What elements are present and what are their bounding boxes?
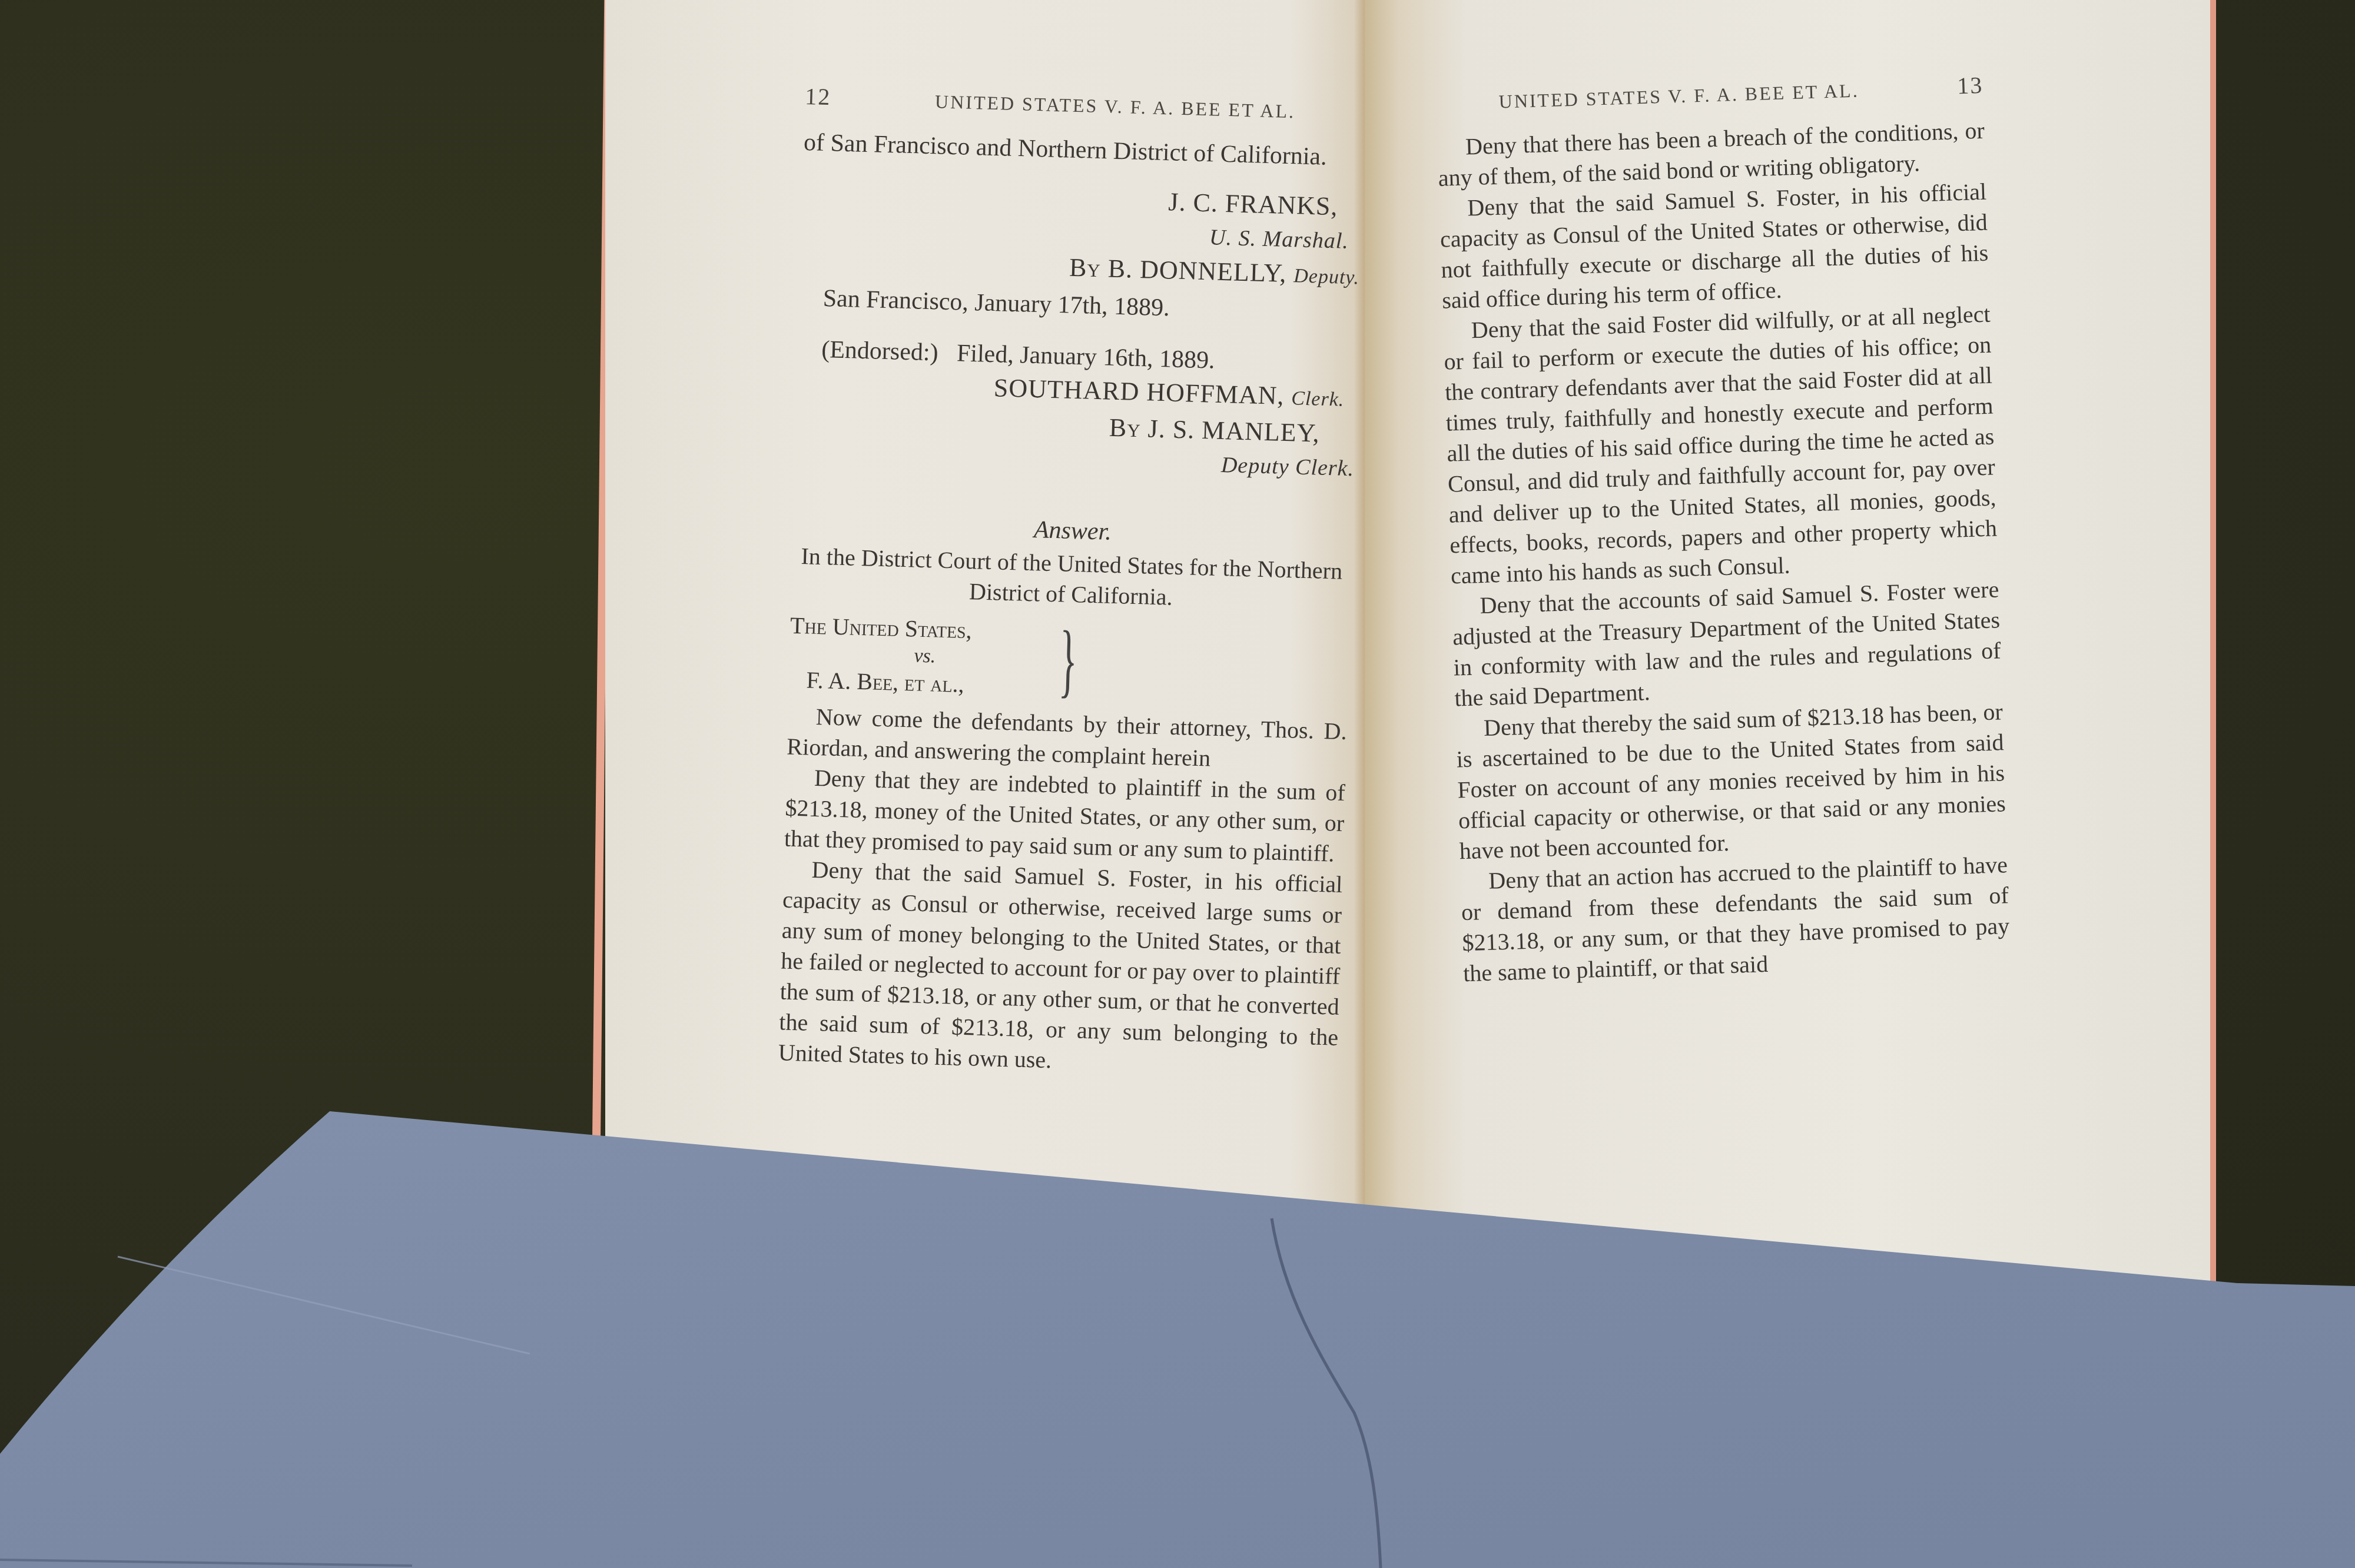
blue-book-cover: [0, 0, 2355, 1568]
cover-surface: [0, 1111, 2355, 1568]
